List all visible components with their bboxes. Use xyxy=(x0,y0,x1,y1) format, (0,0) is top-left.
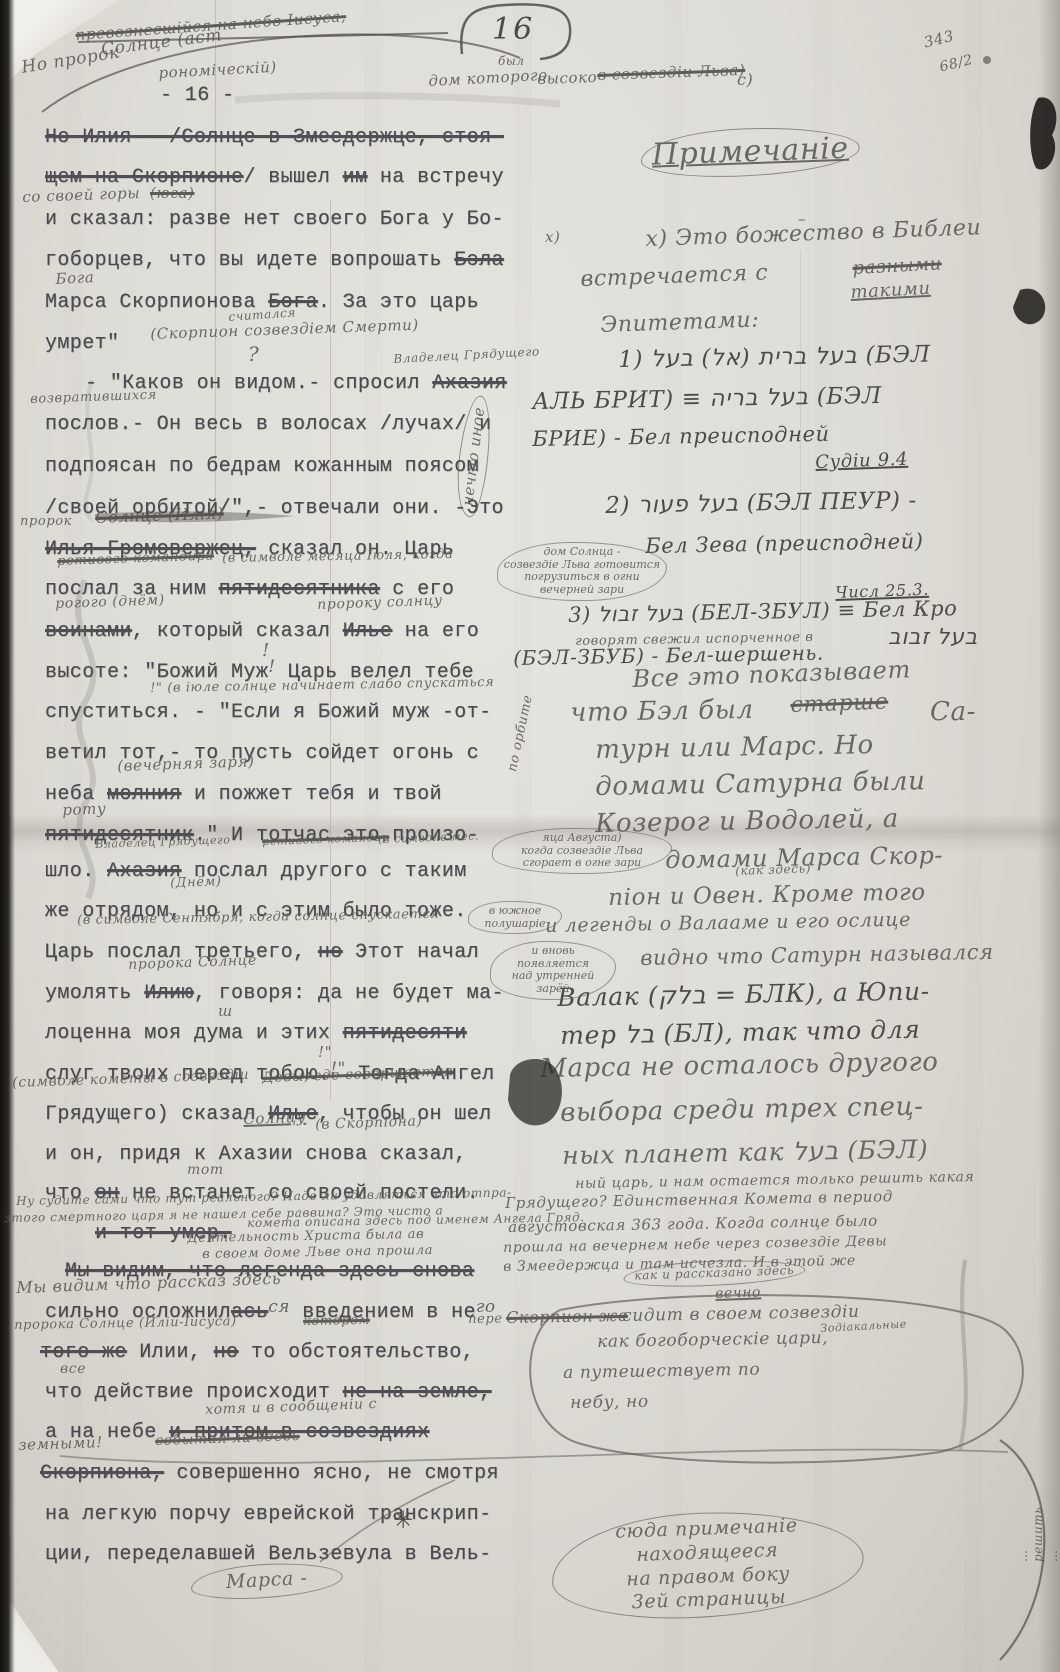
typed-line: послов.- Он весь в волосах /лучах/ и xyxy=(45,413,491,437)
bubble-note-line: вечерней зари xyxy=(503,584,661,597)
typed-line: шло. Ахазия послал другого с таким xyxy=(45,860,467,884)
hand-note: піон и Овен. Кроме того xyxy=(608,878,926,912)
hand-note: пророку солнцу xyxy=(317,593,443,615)
typed-line: подпоясан по бедрам кожанным поясом xyxy=(45,455,479,479)
typed-line: ветил тот,- то пусть сойдет огонь с xyxy=(45,742,479,766)
typed-segment: то обстоятельство, xyxy=(238,1341,474,1364)
typed-segment: умолять xyxy=(45,982,144,1005)
hand-note: Владелец Грядущего xyxy=(393,344,540,367)
typed-line: умрет" xyxy=(45,332,119,356)
hand-note: пере xyxy=(468,1311,503,1328)
hand-note: выбора среди трех спец- xyxy=(560,1091,924,1130)
bubble-note-line: полушаріе xyxy=(474,918,556,931)
typed-segment: на встречу xyxy=(367,166,503,189)
bubble-note: яца Августа)когда созвездіе Львасгорает … xyxy=(492,828,672,874)
hand-note: ш xyxy=(218,1002,233,1021)
hand-correction-segment: ся xyxy=(268,1297,290,1317)
hand-note: турн или Марс. Но xyxy=(595,729,874,766)
hand-note: в созвездіи Льва) xyxy=(597,61,746,85)
struck-typed-segment: Скорпиона, xyxy=(40,1462,164,1485)
typed-segment: и он, придя к Ахазии снова сказал, xyxy=(45,1143,467,1166)
typed-segment: лоценна моя дума и этих xyxy=(45,1022,343,1045)
typed-segment: подпоясан по бедрам кожанным поясом xyxy=(45,455,479,478)
typed-segment: совершенно ясно, не смотря xyxy=(164,1462,499,1485)
hand-note: Мы видим что рассказ здесь xyxy=(16,1269,282,1298)
hand-note: 68/2 xyxy=(938,52,975,77)
hand-note: с) xyxy=(737,70,753,90)
typed-segment: умрет" xyxy=(45,332,119,355)
hand-note: тот xyxy=(187,1162,224,1180)
typed-segment: / вышел xyxy=(243,166,342,189)
hand-note: (Скорпион созвездіем Смерти) xyxy=(150,316,419,344)
hand-note: и легенды о Валааме и его ослице xyxy=(545,909,911,939)
hand-note: Бога xyxy=(55,268,95,289)
struck-typed-segment: Бэла xyxy=(454,249,504,272)
typed-line: спуститься. - "Если я Божий муж -от- xyxy=(45,701,491,725)
hand-note: 1) בעל ברית (אל) בעל (БЭЛ xyxy=(618,341,931,375)
typed-segment: Грядущего) сказал xyxy=(45,1103,268,1126)
hand-note: тер בל (БЛ), так что для xyxy=(560,1014,921,1052)
hand-note: земными! xyxy=(18,1433,103,1455)
bubble-note-line: в южное xyxy=(474,905,556,918)
hand-note: был xyxy=(498,54,525,69)
hand-note: х) xyxy=(545,228,561,247)
hand-note: ! xyxy=(262,640,270,663)
hand-note: БРИЕ) - Бел преисподней xyxy=(532,421,830,452)
hand-note: (Днём) xyxy=(170,874,222,892)
hand-note: … решить … считая гору Фавор … во всём xyxy=(1016,1507,1060,1562)
typed-line: и сказал: разве нет своего Бога у Бо- xyxy=(45,208,504,232)
page-left-edge xyxy=(0,0,15,1672)
page-right-shading xyxy=(1038,0,1060,1672)
hand-note: (в символе месяца Іюля, когда xyxy=(222,547,454,567)
hand-note: по орбите xyxy=(505,693,537,773)
hand-note: небу, но xyxy=(570,1392,649,1415)
hand-note: Са- xyxy=(930,696,976,729)
faint-ghost-writing xyxy=(235,96,560,104)
typed-line: гоборцев, что вы идете вопрошать Бэла xyxy=(45,249,504,273)
hand-note: АЛЬ БРИТ) ≡ בעל בריה (БЭЛ xyxy=(532,382,882,417)
typed-segment: , говоря: да не будет ма- xyxy=(194,982,504,1005)
hand-note: Судіи 9.4 xyxy=(815,449,908,475)
typed-line: лоценна моя дума и этих пятидесяти xyxy=(45,1022,467,1046)
hand-note: домами Сатурна были xyxy=(595,765,926,803)
hand-note: пророка Солнце xyxy=(128,953,257,975)
typed-segment: ции, переделавшей Вельзевула в Вель- xyxy=(45,1543,491,1566)
typed-segment: на его xyxy=(392,620,479,643)
typed-segment: на легкую порчу еврейской транскрип- xyxy=(45,1503,491,1526)
bubble-note: дом Солнца -созвездіе Льва готовитсяпогр… xyxy=(497,542,667,601)
struck-typed-segment: Но Илия - /Солнце в Змеедержце, стоя- xyxy=(45,126,504,149)
bubble-note-line: и вновь появляется xyxy=(496,945,610,970)
hand-note: Марса не осталось другого xyxy=(540,1046,939,1085)
hand-note: встречается с xyxy=(580,259,769,293)
hand-note: возвратившихся xyxy=(30,388,157,409)
hand-note: Солнцу xyxy=(243,1108,306,1129)
hand-note: 343 xyxy=(922,27,956,53)
scanned-manuscript-page: 16 - 16 -Но Илия - /Солнце в Змеедержце,… xyxy=(0,0,1060,1672)
hand-note: роту xyxy=(62,799,107,819)
hand-note: сюда примечаніе находящееся на правом бо… xyxy=(550,1507,865,1623)
typed-segment: и сказал: разве нет своего Бога у Бо- xyxy=(45,208,504,231)
typed-line: того же Илии, но то обстоятельство, xyxy=(40,1341,474,1365)
hand-note: пророка Солнце (Иліи-Іисуса) xyxy=(14,1314,237,1334)
hand-note: (юга) xyxy=(150,184,194,203)
typed-segment: - 16 - xyxy=(160,84,234,107)
hand-note: высоко xyxy=(537,68,598,89)
typed-line: Царь послал третьего, но Этот начал xyxy=(45,941,479,965)
typed-line: и он, придя к Ахазии снова сказал, xyxy=(45,1143,467,1167)
struck-typed-segment: Илье xyxy=(343,620,393,643)
hand-note: видно что Сатурн назывался xyxy=(640,939,994,971)
hand-note: ✳ xyxy=(393,1505,414,1535)
struck-typed-segment: Ахазия xyxy=(432,372,506,395)
connector-curve xyxy=(60,1450,1008,1463)
hand-note: со своей горы xyxy=(22,184,140,207)
typed-segment: шло. xyxy=(45,860,107,883)
bubble-note-line: зарёй xyxy=(496,983,610,996)
hand-note: разными xyxy=(852,253,942,280)
bubble-note-line: дом Солнца - xyxy=(503,546,661,559)
hand-note: Эпитетами: xyxy=(600,306,760,339)
typed-segment: спуститься. - "Если я Божий муж -от- xyxy=(45,701,491,724)
hand-note: рономіческій) xyxy=(158,58,277,83)
hand-note: что Бэл был xyxy=(570,694,754,730)
hand-note: пророк xyxy=(20,514,72,530)
hand-note: (вечерняя заря) xyxy=(117,752,255,776)
struck-typed-segment: им xyxy=(343,166,368,189)
hand-note: ных планет как בעל (БЭЛ) xyxy=(562,1134,928,1172)
typed-line: - 16 - xyxy=(160,84,234,108)
hand-note: (в Скорпіона) xyxy=(315,1113,423,1134)
hand-note: Бел Зева (преисподней) xyxy=(645,528,924,559)
hand-note: Валак (בלק = БЛК), а Юпи- xyxy=(557,975,930,1013)
struck-typed-segment: воинами xyxy=(45,620,132,643)
hand-note: Грядущего? Единственная Комета в период xyxy=(505,1187,893,1213)
typed-segment: . За это царь xyxy=(318,291,479,314)
hand-note: Скорпион же xyxy=(506,1306,628,1328)
hand-note: как богоборческіе цари, xyxy=(597,1328,828,1353)
hand-note: все xyxy=(60,1361,86,1379)
typed-line: на легкую порчу еврейской транскрип- xyxy=(45,1503,491,1527)
bubble-note: в южноеполушаріе xyxy=(468,901,562,934)
hand-note: вечно xyxy=(715,1284,761,1303)
hand-note: Примечаніе xyxy=(640,124,861,179)
hand-note: старше xyxy=(790,689,889,720)
hand-note: 2) בעל פעור (БЭЛ ПЕУР) - xyxy=(605,487,917,521)
folio-number: 16 xyxy=(492,12,534,47)
struck-typed-segment: пятидесяти xyxy=(343,1022,467,1045)
hand-note: Солнце (Илія) xyxy=(95,504,224,528)
hand-note: такими xyxy=(850,278,931,305)
typed-line: умолять Илию, говоря: да не будет ма- xyxy=(45,982,504,1006)
typed-segment: послов.- Он весь в волосах /лучах/ и xyxy=(45,413,491,436)
typed-line: Но Илия - /Солнце в Змеедержце, стоя- xyxy=(45,126,504,150)
struck-typed-segment: молния xyxy=(107,783,181,806)
typed-segment: гоборцев, что вы идете вопрошать xyxy=(45,249,454,272)
hand-note: дом которого xyxy=(428,66,548,91)
bubble-note-line: сгорает в огне зари xyxy=(498,857,666,870)
typed-segment: послал другого с таким xyxy=(181,860,466,883)
typed-segment: ветил тот,- то пусть сойдет огонь с xyxy=(45,742,479,765)
hand-note: события ли здесь xyxy=(155,1428,300,1451)
hand-note: х) Это божество в Библеи xyxy=(645,214,982,253)
bubble-note: и вновь появляетсянад утреннейзарёй xyxy=(490,941,616,1000)
ink-dot xyxy=(983,56,991,64)
typed-segment: Этот начал xyxy=(343,941,479,964)
hand-note: !" xyxy=(318,1043,332,1062)
struck-typed-segment: но xyxy=(214,1341,239,1364)
bubble-note-line: яца Августа) xyxy=(498,832,666,845)
struck-typed-segment: Илию xyxy=(144,982,194,1005)
typed-line: Скорпиона, совершенно ясно, не смотря xyxy=(40,1462,499,1486)
struck-typed-segment: но xyxy=(318,941,343,964)
hand-note: ? xyxy=(248,342,259,367)
typed-segment: и пожжет тебя и твой xyxy=(181,783,441,806)
illegible-scribble xyxy=(960,1260,966,1450)
hand-note: בעל זבוב xyxy=(888,624,978,652)
hand-note: (как здесь) xyxy=(735,861,811,879)
typed-segment: Илии, xyxy=(127,1341,214,1364)
hand-note: а путешествует по xyxy=(563,1360,760,1385)
hand-note: котором xyxy=(303,1313,370,1330)
hand-note: рогого (днём) xyxy=(55,592,165,613)
typed-segment: , который сказал xyxy=(132,620,343,643)
